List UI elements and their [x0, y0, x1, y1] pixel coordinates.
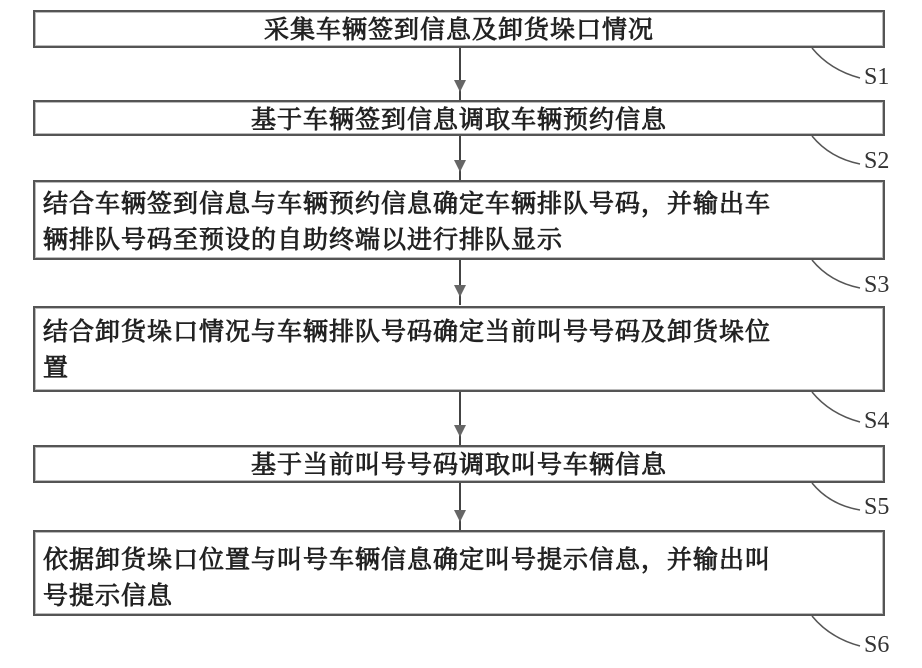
step-box-s4: 结合卸货垛口情况与车辆排队号码确定当前叫号号码及卸货垛位 置	[33, 306, 885, 392]
step-text-s6-line2: 号提示信息	[35, 578, 883, 614]
connector-s1-s2	[459, 48, 461, 100]
step-label-s4: S4	[864, 408, 889, 435]
arrow-down-icon	[454, 160, 466, 172]
step-box-s2: 基于车辆签到信息调取车辆预约信息	[33, 100, 885, 136]
connector-s4-s5	[459, 392, 461, 445]
step-box-s1: 采集车辆签到信息及卸货垛口情况	[33, 10, 885, 48]
step-label-s1: S1	[864, 64, 889, 91]
step-text-s4-line1: 结合卸货垛口情况与车辆排队号码确定当前叫号号码及卸货垛位	[35, 314, 883, 350]
arrow-down-icon	[454, 510, 466, 522]
step-box-s6: 依据卸货垛口位置与叫号车辆信息确定叫号提示信息，并输出叫 号提示信息	[33, 530, 885, 616]
step-text-s3-line2: 辆排队号码至预设的自助终端以进行排队显示	[35, 222, 883, 258]
step-box-s5: 基于当前叫号号码调取叫号车辆信息	[33, 445, 885, 483]
step-label-s2: S2	[864, 148, 889, 175]
arrow-down-icon	[454, 425, 466, 437]
step-text-s2: 基于车辆签到信息调取车辆预约信息	[35, 102, 883, 138]
step-text-s3-line1: 结合车辆签到信息与车辆预约信息确定车辆排队号码，并输出车	[35, 186, 883, 222]
arrow-down-icon	[454, 80, 466, 92]
step-text-s6-line1: 依据卸货垛口位置与叫号车辆信息确定叫号提示信息，并输出叫	[35, 542, 883, 578]
step-text-s4-line2: 置	[35, 350, 883, 386]
connector-s5-s6	[459, 483, 461, 530]
step-text-s1: 采集车辆签到信息及卸货垛口情况	[35, 12, 883, 48]
step-label-s5: S5	[864, 494, 889, 521]
leader-line-s6	[0, 0, 1, 1]
step-label-s3: S3	[864, 272, 889, 299]
step-text-s5: 基于当前叫号号码调取叫号车辆信息	[35, 447, 883, 483]
connector-s2-s3	[459, 136, 461, 180]
arrow-down-icon	[454, 285, 466, 297]
connector-s3-s4	[459, 260, 461, 305]
step-label-s6: S6	[864, 632, 889, 659]
step-box-s3: 结合车辆签到信息与车辆预约信息确定车辆排队号码，并输出车 辆排队号码至预设的自助…	[33, 180, 885, 260]
